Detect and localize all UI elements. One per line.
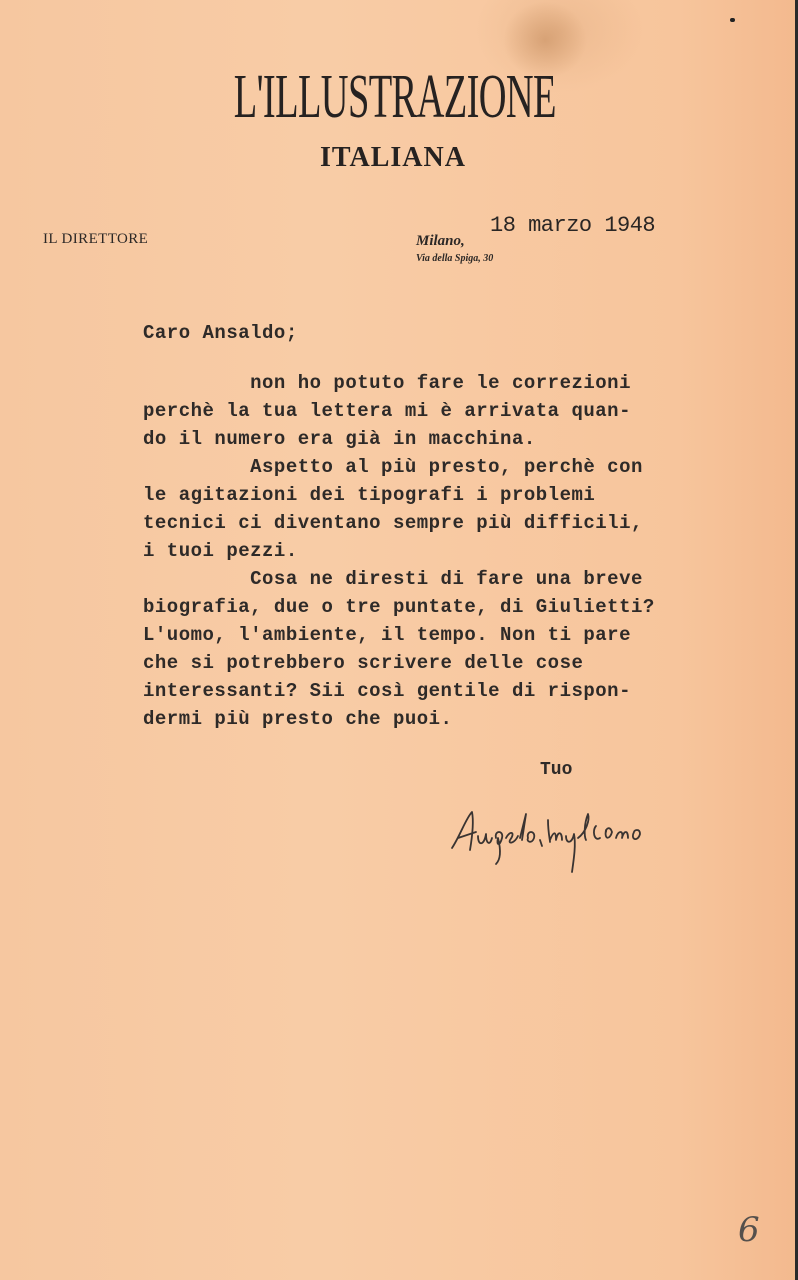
letter-date: 18 marzo 1948 bbox=[490, 213, 655, 238]
masthead-subtitle: ITALIANA bbox=[0, 142, 798, 174]
city-label: Milano, bbox=[416, 233, 465, 250]
closing: Tuo bbox=[540, 760, 572, 780]
body-line: dermi più presto che puoi. bbox=[143, 708, 452, 730]
salutation: Caro Ansaldo; bbox=[143, 322, 298, 344]
masthead-subtitle-text: ITALIANA bbox=[320, 142, 466, 174]
body-line: i tuoi pezzi. bbox=[143, 540, 298, 562]
ink-speck bbox=[730, 18, 735, 22]
masthead-title: L'ILLUSTRAZIONE bbox=[234, 66, 556, 128]
body-line: perchè la tua lettera mi è arrivata quan… bbox=[143, 400, 631, 422]
body-line: che si potrebbero scrivere delle cose bbox=[143, 652, 583, 674]
page-number-annotation: 6 bbox=[738, 1210, 760, 1250]
body-line: le agitazioni dei tipografi i problemi bbox=[143, 484, 595, 506]
handwritten-signature bbox=[450, 800, 670, 880]
body-line: Cosa ne diresti di fare una breve bbox=[143, 568, 643, 590]
body-line: tecnici ci diventano sempre più difficil… bbox=[143, 512, 643, 534]
body-line: biografia, due o tre puntate, di Giuliet… bbox=[143, 596, 655, 618]
body-line: L'uomo, l'ambiente, il tempo. Non ti par… bbox=[143, 624, 631, 646]
body-line: Aspetto al più presto, perchè con bbox=[143, 456, 643, 478]
body-line: interessanti? Sii così gentile di rispon… bbox=[143, 680, 631, 702]
body-line: non ho potuto fare le correzioni bbox=[143, 372, 631, 394]
body-line: do il numero era già in macchina. bbox=[143, 428, 536, 450]
director-label: IL DIRETTORE bbox=[43, 231, 148, 248]
masthead: L'ILLUSTRAZIONE bbox=[0, 66, 798, 128]
address-label: Via della Spiga, 30 bbox=[416, 253, 493, 264]
letter-page: L'ILLUSTRAZIONE ITALIANA IL DIRETTORE Mi… bbox=[0, 0, 798, 1280]
